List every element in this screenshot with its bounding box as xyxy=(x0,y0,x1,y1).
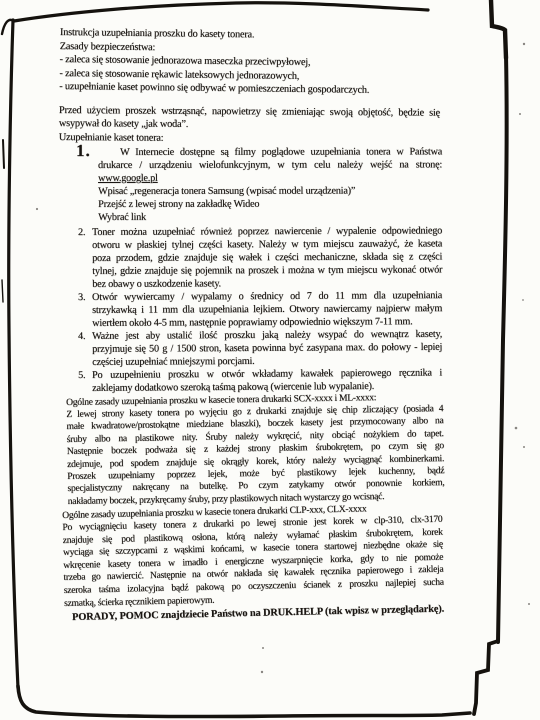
step-3-text: Otwór wywiercamy / wypalamy o średnicy o… xyxy=(92,289,442,330)
usage-note-section: Przed użyciem proszek wstrząsnąć, napowi… xyxy=(59,104,440,147)
step-1: 1. W Internecie dostępne są filmy pogląd… xyxy=(76,145,442,224)
bottom-edge-line xyxy=(18,686,470,717)
top-right-corner-piece xyxy=(491,0,506,58)
text-line: W Internecie dostępne są filmy poglądowe… xyxy=(98,145,442,159)
text-line: drukarce / urządzeniu wielofunkcyjnym, w… xyxy=(98,158,442,172)
scx-ml-section: Ogólne zasady uzupełniania proszku w kas… xyxy=(66,390,445,508)
text-line: Wpisać „regeneracja tonera Samsung (wpis… xyxy=(98,184,442,198)
step-1-instructions: Wpisać „regeneracja tonera Samsung (wpis… xyxy=(98,184,442,224)
left-edge-line xyxy=(9,20,18,688)
left-margin-mark-1 xyxy=(3,140,4,168)
right-edge-line xyxy=(498,55,507,642)
step-1-number: 1. xyxy=(76,144,90,157)
clp-clx-body: Po wyciągnięciu kasety tonera z drukarki… xyxy=(62,514,444,610)
left-margin-mark-2 xyxy=(2,280,3,302)
text-line: tylnej, gdzie znajduje się pojemnik na p… xyxy=(92,263,442,278)
text-line: Przejść z lewej strony na zakładkę Wideo xyxy=(98,197,442,211)
step-2: 2. Toner można uzupełniać również poprze… xyxy=(76,224,442,291)
step-2-number: 2. xyxy=(78,226,92,239)
step-1-text: W Internecie dostępne są filmy poglądowe… xyxy=(98,145,442,172)
top-edge-line xyxy=(14,3,428,21)
step-4-text: Ważne jest aby ustalić ilość proszku jak… xyxy=(92,328,442,369)
title-and-safety-section: Instrukcja uzupełniania proszku do kaset… xyxy=(59,26,442,99)
step-5-number: 5. xyxy=(78,369,92,382)
text-line: Wybrać link xyxy=(98,210,442,224)
text-line: przyjmuje się 50 g / 1500 stron, kaseta … xyxy=(92,341,442,356)
clp-clx-section: Ogólne zasady uzupełniania proszku w kas… xyxy=(62,501,444,610)
text-line: Po uzupełnieniu proszku w otwór wkładamy… xyxy=(92,366,442,381)
step-2-text: Toner można uzupełniać również poprzez n… xyxy=(92,224,442,291)
google-link: www.google.pl xyxy=(98,171,442,185)
right-bottom-steps xyxy=(474,641,498,714)
scanned-document-page: Instrukcja uzupełniania proszku do kaset… xyxy=(0,0,540,720)
step-3: 3. Otwór wywiercamy / wypalamy o średnic… xyxy=(76,289,442,330)
top-left-corner-mark xyxy=(2,20,14,34)
step-4-number: 4. xyxy=(78,330,92,343)
step-3-number: 3. xyxy=(78,291,92,304)
shake-note: Przed użyciem proszek wstrząsnąć, napowi… xyxy=(59,104,440,133)
scx-ml-body: Z lewej strony kasety tonera po wyjęciu … xyxy=(66,403,445,508)
step-4: 4. Ważne jest aby ustalić ilość proszku … xyxy=(76,328,442,369)
